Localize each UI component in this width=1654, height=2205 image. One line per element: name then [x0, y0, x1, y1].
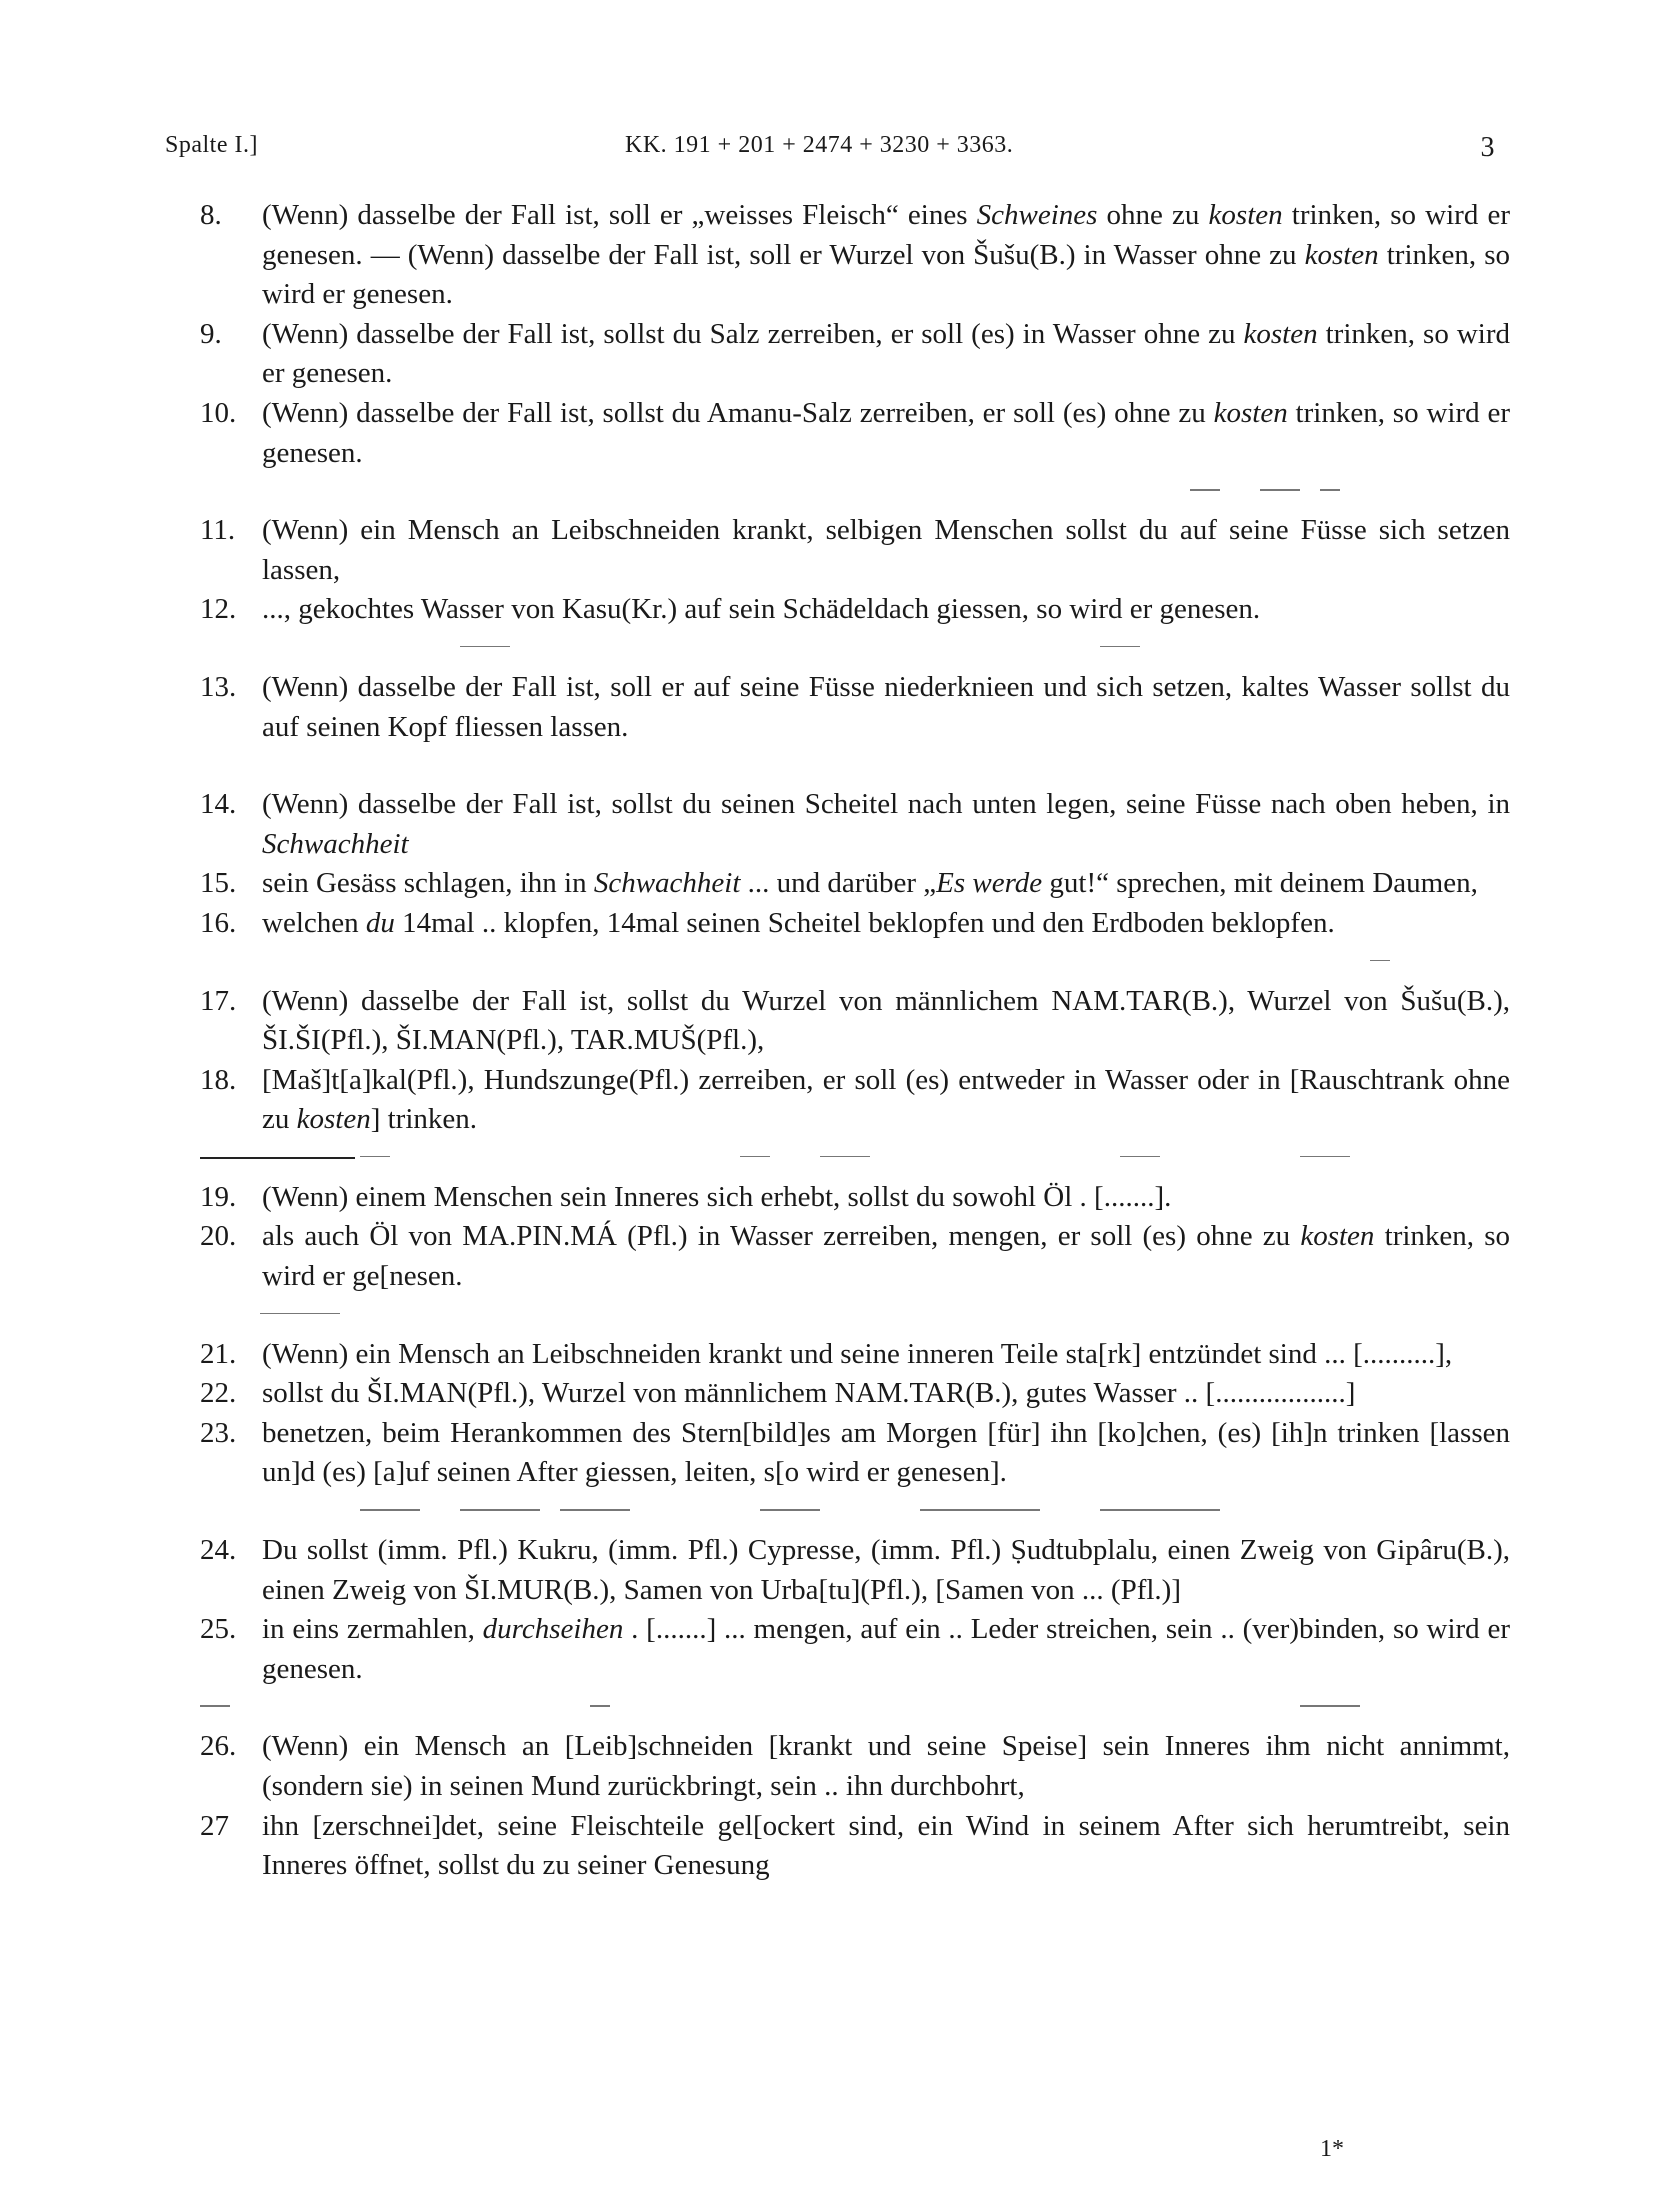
- entry-17: 17. (Wenn) dasselbe der Fall ist, sollst…: [200, 982, 1510, 1061]
- signature-mark: 1*: [1320, 2136, 1344, 2163]
- line-number: 20.: [200, 1217, 260, 1257]
- line-number: 19.: [200, 1178, 260, 1218]
- entry-23: 23. benetzen, beim Herankommen des Stern…: [200, 1414, 1510, 1493]
- line-number: 11.: [200, 511, 260, 551]
- line-number: 8.: [200, 196, 260, 236]
- line-number: 26.: [200, 1727, 260, 1767]
- section-divider: [200, 944, 1510, 982]
- line-number: 14.: [200, 785, 260, 825]
- line-number: 12.: [200, 590, 260, 630]
- line-number: 16.: [200, 904, 260, 944]
- entry-22: 22. sollst du ŠI.MAN(Pfl.), Wurzel von m…: [200, 1374, 1510, 1414]
- page-number: 3: [1481, 132, 1496, 164]
- entry-13: 13. (Wenn) dasselbe der Fall ist, soll e…: [200, 668, 1510, 747]
- entry-10: 10. (Wenn) dasselbe der Fall ist, sollst…: [200, 394, 1510, 473]
- tablet-reference: KK. 191 + 201 + 2474 + 3230 + 3363.: [625, 132, 1013, 159]
- line-number: 18.: [200, 1061, 260, 1101]
- line-number: 23.: [200, 1414, 260, 1454]
- entry-8: 8. (Wenn) dasselbe der Fall ist, soll er…: [200, 196, 1510, 315]
- section-divider: [200, 747, 1510, 785]
- line-number: 15.: [200, 864, 260, 904]
- line-number: 24.: [200, 1531, 260, 1571]
- entry-21: 21. (Wenn) ein Mensch an Leibschneiden k…: [200, 1335, 1510, 1375]
- entry-18: 18. [Maš]t[a]kal(Pfl.), Hundszunge(Pfl.)…: [200, 1061, 1510, 1140]
- entry-24: 24. Du sollst (imm. Pfl.) Kukru, (imm. P…: [200, 1531, 1510, 1610]
- entry-16: 16. welchen du 14mal .. klopfen, 14mal s…: [200, 904, 1510, 944]
- entry-9: 9. (Wenn) dasselbe der Fall ist, sollst …: [200, 315, 1510, 394]
- line-number: 13.: [200, 668, 260, 708]
- line-number: 22.: [200, 1374, 260, 1414]
- entry-14: 14. (Wenn) dasselbe der Fall ist, sollst…: [200, 785, 1510, 864]
- section-divider: [200, 630, 1510, 668]
- translation-body: 8. (Wenn) dasselbe der Fall ist, soll er…: [200, 196, 1510, 1886]
- section-divider: [200, 1297, 1510, 1335]
- line-number: 10.: [200, 394, 260, 434]
- column-label: Spalte I.]: [165, 132, 258, 159]
- entry-12: 12. ..., gekochtes Wasser von Kasu(Kr.) …: [200, 590, 1510, 630]
- entry-27: 27 ihn [zerschnei]det, seine Fleischteil…: [200, 1807, 1510, 1886]
- running-header: Spalte I.] KK. 191 + 201 + 2474 + 3230 +…: [165, 132, 1495, 172]
- section-divider: [200, 1689, 1510, 1727]
- entry-26: 26. (Wenn) ein Mensch an [Leib]schneiden…: [200, 1727, 1510, 1806]
- entry-15: 15. sein Gesäss schlagen, ihn in Schwach…: [200, 864, 1510, 904]
- line-number: 9.: [200, 315, 260, 355]
- section-divider: [200, 1140, 1510, 1178]
- entry-25: 25. in eins zermahlen, durchseihen . [..…: [200, 1610, 1510, 1689]
- entry-20: 20. als auch Öl von MA.PIN.MÁ (Pfl.) in …: [200, 1217, 1510, 1296]
- entry-11: 11. (Wenn) ein Mensch an Leibschneiden k…: [200, 511, 1510, 590]
- line-number: 21.: [200, 1335, 260, 1375]
- section-divider: [200, 1493, 1510, 1531]
- entry-19: 19. (Wenn) einem Menschen sein Inneres s…: [200, 1178, 1510, 1218]
- line-number: 27: [200, 1807, 260, 1847]
- section-divider: [200, 473, 1510, 511]
- line-number: 25.: [200, 1610, 260, 1650]
- line-number: 17.: [200, 982, 260, 1022]
